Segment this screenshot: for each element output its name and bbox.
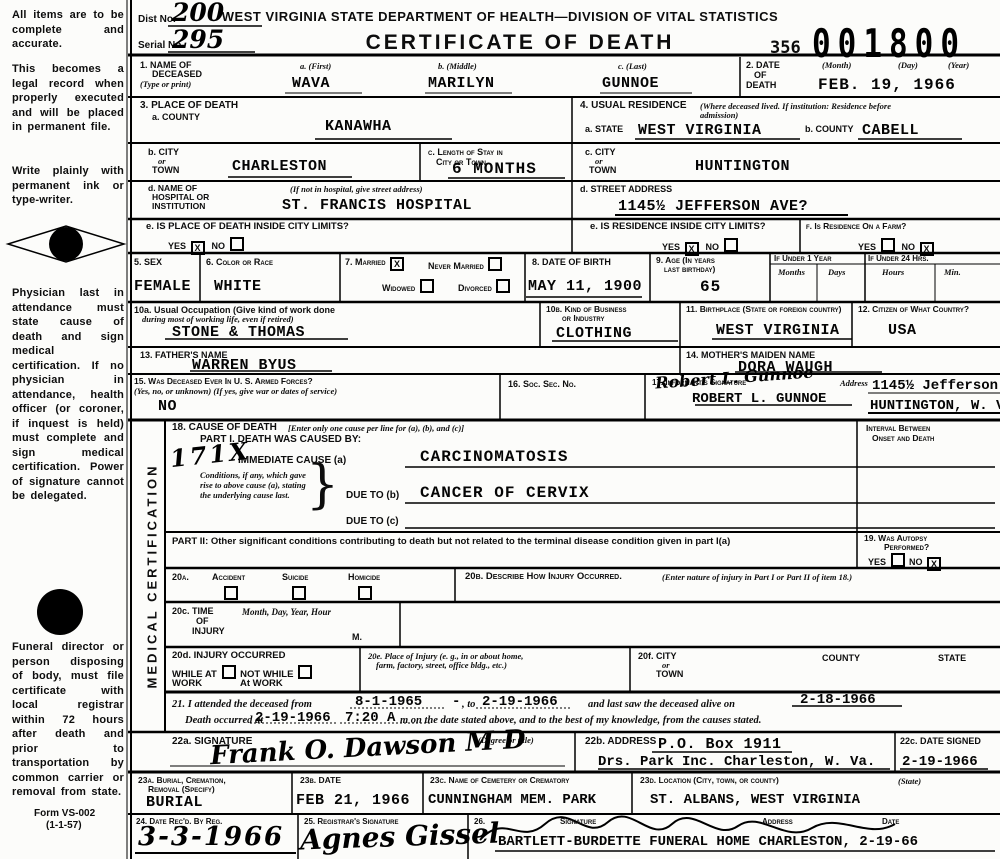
margin-note-complete: All items are to be complete and accurat…: [12, 8, 124, 52]
medical-certification-strip: MEDICAL CERTIFICATION: [138, 420, 165, 732]
attended-dash: -: [452, 694, 460, 710]
hospital-note: (If not in hospital, give street address…: [290, 184, 422, 194]
stamp-prefix: 356: [770, 38, 801, 58]
birth-date-label: 8. DATE OF BIRTH: [532, 257, 611, 267]
burial-date-label: 23b. DATE: [300, 776, 341, 786]
work-label: WORK: [172, 679, 202, 690]
res-limits-answer: YES X NO: [662, 238, 740, 256]
margin-note-funeral-director: Funeral director or person disposing of …: [12, 640, 124, 800]
first-name-label: a. (First): [300, 61, 331, 71]
injury-20b-label: 20b. Describe How Injury Occurred.: [465, 572, 622, 583]
hospital-label3: INSTITUTION: [152, 202, 205, 212]
location-label: 23d. Location (City, town, or county): [640, 776, 779, 786]
street-address-label: d. STREET ADDRESS: [580, 184, 672, 194]
birth-date-value: MAY 11, 1900: [528, 278, 642, 295]
farm-label: f. Is Residence On a Farm?: [806, 222, 906, 232]
location-state-label: (State): [898, 776, 921, 786]
name-sublabel: (Type or print): [140, 79, 191, 89]
injury-occurred-label: 20d. INJURY OCCURRED: [172, 651, 286, 662]
months-label: Months: [778, 267, 805, 277]
suicide-checkbox: [292, 586, 306, 600]
birthplace-label: 11. Birthplace (State or foreign country…: [686, 305, 842, 315]
certifier-address-label: 22b. ADDRESS: [585, 736, 656, 748]
due-to-b-label: DUE TO (b): [346, 490, 399, 502]
injury-20a-label: 20a.: [172, 572, 189, 582]
informant-address2: HUNTINGTON, W. Va: [870, 398, 1000, 414]
date-signed-value: 2-19-1966: [902, 754, 978, 770]
at-work-label: At WORK: [240, 679, 283, 690]
injury-time-label3: INJURY: [192, 626, 225, 636]
under-24-hrs-label: If Under 24 Hrs.: [868, 254, 929, 263]
armed-forces-note: (Yes, no, or unknown) (If yes, give war …: [134, 386, 337, 396]
widowed-checkbox: [420, 279, 434, 293]
death-certificate-scan: All items are to be complete and accurat…: [0, 0, 1000, 859]
burial-date-value: FEB 21, 1966: [296, 792, 410, 809]
injury-20b-note: (Enter nature of injury in Part I or Par…: [662, 572, 852, 582]
attended-from-value: 8-1-1965: [355, 694, 422, 710]
death-occurred-date: 2-19-1966: [255, 710, 331, 726]
margin-note-legal-record: This becomes a legal record when properl…: [12, 62, 124, 135]
pod-limits-label: e. IS PLACE OF DEATH INSIDE CITY LIMITS?: [146, 222, 349, 233]
marital-widowed: Widowed: [382, 279, 436, 293]
birthplace-value: WEST VIRGINIA: [716, 322, 840, 339]
res-limits-yes-checkbox: X: [685, 242, 699, 256]
homicide-checkbox: [358, 586, 372, 600]
immediate-cause-value: CARCINOMATOSIS: [420, 448, 568, 466]
pod-city-value: CHARLESTON: [232, 158, 327, 175]
serial-no-value: 295: [172, 25, 224, 54]
funeral-home-value: BARTLETT-BURDETTE FUNERAL HOME CHARLESTO…: [498, 834, 918, 850]
informant-signature: Robert L. Gunnoe: [655, 362, 814, 392]
certifier-address1: P.O. Box 1911: [658, 736, 782, 753]
pod-limits-answer: YES X NO: [168, 237, 246, 255]
injury-state-label: STATE: [938, 653, 966, 663]
attended-to-value: 2-19-1966: [482, 694, 558, 710]
marital-divorced: Divorced: [458, 279, 512, 293]
injury-city-label: 20f. CITY: [638, 651, 677, 661]
autopsy-label2: Performed?: [884, 543, 929, 553]
last-name-label: c. (Last): [618, 61, 647, 71]
last-alive-value: 2-18-1966: [800, 692, 876, 708]
round-ink-blot: [37, 589, 83, 635]
certifier-signature: Frank O. Dawson M D: [209, 725, 526, 771]
autopsy-yes-checkbox: [891, 553, 905, 567]
res-limits-no-checkbox: [724, 238, 738, 252]
department-title: WEST VIRGINIA STATE DEPARTMENT OF HEALTH…: [140, 9, 860, 24]
certifier-address2: Drs. Park Inc. Charleston, W. Va.: [598, 754, 875, 770]
hours-label: Hours: [882, 267, 904, 277]
cause-label: 18. CAUSE OF DEATH: [172, 422, 277, 434]
burial-value: BURIAL: [146, 794, 203, 811]
injury-time-m: M.: [352, 632, 362, 642]
name-label2: DECEASED: [152, 69, 202, 79]
date-signed-label: 22c. DATE SIGNED: [900, 736, 981, 746]
death-occurred-time: 7:20 A: [345, 710, 395, 726]
location-value: ST. ALBANS, WEST VIRGINIA: [650, 792, 860, 808]
sex-label: 5. SEX: [134, 257, 162, 267]
race-label: 6. Color or Race: [206, 257, 273, 267]
res-limits-label: e. IS RESIDENCE INSIDE CITY LIMITS?: [590, 222, 766, 233]
death-date-value: FEB. 19, 1966: [818, 76, 956, 94]
date-received-value: 3-3-1966: [138, 822, 284, 852]
conditions-note: Conditions, if any, which gave rise to a…: [200, 470, 308, 501]
under-1-year-label: If Under 1 Year: [774, 254, 832, 263]
residence-county-value: CABELL: [862, 122, 919, 139]
informant-address-label: Address: [840, 378, 868, 388]
death-year-label: (Year): [948, 60, 969, 70]
informant-address1: 1145½ Jefferson av: [872, 378, 1000, 394]
residence-label: 4. USUAL RESIDENCE: [580, 100, 687, 112]
race-value: WHITE: [214, 278, 262, 295]
stay-value: 6 MONTHS: [452, 160, 537, 178]
dist-no-value: 200: [172, 0, 224, 27]
first-name-value: WAVA: [292, 75, 330, 92]
street-address-value: 1145½ JEFFERSON AVE?: [618, 198, 808, 215]
not-while-at-work-checkbox: [298, 665, 312, 679]
cause-code-handwritten: 171X: [169, 436, 252, 473]
hospital-value: ST. FRANCIS HOSPITAL: [282, 197, 472, 214]
certificate-title: CERTIFICATE OF DEATH: [340, 31, 700, 55]
business-label2: or Industry: [562, 314, 605, 324]
marital-married: 7. Married X: [345, 257, 406, 271]
ssn-label: 16. Soc. Sec. No.: [508, 379, 576, 389]
married-checkbox: X: [390, 257, 404, 271]
pod-county-value: KANAWHA: [325, 118, 392, 135]
conditions-brace: }: [306, 455, 339, 515]
part2-text: PART II: Other significant conditions co…: [172, 537, 847, 548]
business-value: CLOTHING: [556, 325, 632, 342]
residence-state-label: a. STATE: [585, 124, 623, 134]
injury-time-sublabel: Month, Day, Year, Hour: [242, 607, 331, 618]
age-label2: last birthday): [664, 265, 715, 275]
middle-name-label: b. (Middle): [438, 61, 477, 71]
place-of-death-label: 3. PLACE OF DEATH: [140, 100, 238, 112]
sex-value: FEMALE: [134, 278, 191, 295]
pod-county-label: a. COUNTY: [152, 112, 200, 122]
farm-yes-checkbox: [881, 238, 895, 252]
pod-limits-no-checkbox: [230, 237, 244, 251]
never-married-checkbox: [488, 257, 502, 271]
residence-note2: admission): [700, 110, 738, 120]
residence-state-value: WEST VIRGINIA: [638, 122, 762, 139]
divorced-checkbox: [496, 279, 510, 293]
registrar-signature: Agnes Gissel: [299, 817, 500, 857]
injury-time-label2: OF: [196, 616, 209, 626]
informant-typed-name: ROBERT L. GUNNOE: [692, 391, 826, 407]
accident-checkbox: [224, 586, 238, 600]
pod-limits-yes-checkbox: X: [191, 241, 205, 255]
eye-ink-blot: [8, 226, 124, 262]
accident-label: Accident: [212, 572, 245, 582]
last-name-value: GUNNOE: [602, 75, 659, 92]
form-number: Form VS-002: [34, 808, 95, 820]
death-month-label: (Month): [822, 60, 851, 70]
citizen-label: 12. Citizen of What Country?: [858, 305, 969, 315]
margin-note-physician: Physician last in attendance must state …: [12, 286, 124, 504]
form-revision: (1-1-57): [46, 820, 82, 832]
cemetery-value: CUNNINGHAM MEM. PARK: [428, 792, 596, 808]
days-label: Days: [828, 267, 845, 277]
occupation-label2: during most of working life, even if ret…: [142, 314, 294, 324]
due-to-b-value: CANCER OF CERVIX: [420, 484, 590, 502]
stay-label1: c. Length of Stay in: [428, 147, 503, 157]
place-of-injury-label2: farm, factory, street, office bldg., etc…: [376, 660, 507, 670]
citizen-value: USA: [888, 322, 917, 339]
cemetery-label: 23c. Name of Cemetery or Crematory: [430, 776, 569, 786]
funeral-director-addr-label: Address: [762, 817, 793, 826]
suicide-label: Suicide: [282, 572, 308, 582]
age-value: 65: [700, 278, 721, 296]
middle-name-value: MARILYN: [428, 75, 495, 92]
armed-forces-value: NO: [158, 398, 177, 415]
pod-town-label: TOWN: [152, 165, 179, 175]
while-at-work-checkbox: [222, 665, 236, 679]
injury-time-label1: 20c. TIME: [172, 606, 214, 616]
interval-label2: Onset and Death: [872, 434, 934, 444]
cause-note: [Enter only one cause per line for (a), …: [288, 423, 464, 433]
death-occurred-lead: Death occurred at: [185, 715, 263, 728]
residence-county-label: b. COUNTY: [805, 124, 854, 134]
injury-town-label: TOWN: [656, 669, 683, 679]
funeral-director-date-label: Date: [882, 817, 899, 826]
marital-never: Never Married: [428, 257, 504, 271]
injury-county-label: COUNTY: [822, 653, 860, 663]
last-alive-label: and last saw the deceased alive on: [588, 699, 735, 712]
father-value: WARREN BYUS: [192, 357, 297, 374]
death-occurred-tail: m on the date stated above, and to the b…: [400, 715, 761, 728]
death-date-label1: 2. DATE: [746, 60, 780, 70]
funeral-director-sig-label: Signature: [560, 817, 596, 826]
occupation-value: STONE & THOMAS: [172, 324, 305, 341]
autopsy-answer: YES NO X: [868, 553, 943, 571]
death-day-label: (Day): [898, 60, 918, 70]
residence-town-label: TOWN: [589, 165, 616, 175]
attended-to-word: , to: [462, 699, 475, 712]
death-date-label3: DEATH: [746, 80, 776, 90]
autopsy-no-checkbox: X: [927, 557, 941, 571]
due-to-c-label: DUE TO (c): [346, 516, 399, 528]
margin-note-write-plainly: Write plainly with permanent ink or type…: [12, 164, 124, 208]
death-date-label2: OF: [754, 70, 767, 80]
homicide-label: Homicide: [348, 572, 380, 582]
min-label: Min.: [944, 267, 961, 277]
residence-city-value: HUNTINGTON: [695, 158, 790, 175]
